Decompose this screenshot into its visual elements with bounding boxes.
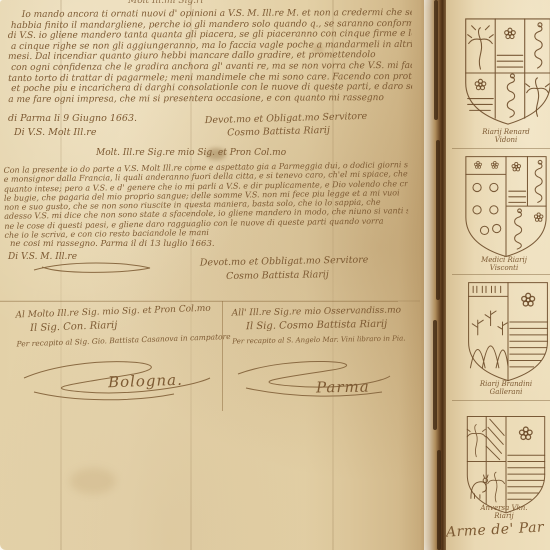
- torn-edge: [434, 0, 438, 120]
- torn-edge: [436, 140, 440, 300]
- mounts-icon: [470, 311, 508, 368]
- tree-icon: [526, 78, 550, 116]
- shield-caption-3: Riarij Brandini Gallerani: [462, 380, 550, 396]
- rose-icon: [519, 427, 532, 439]
- letter-2-signature: Devot.mo et Obbligat.mo Servitore Cosmo …: [200, 255, 369, 283]
- letter-1-dateline: di Parma li 9 Giugno 1663.: [8, 113, 137, 124]
- address-block-bologna: Al Molto Ill.re Sig. mio Sig. et Pron Co…: [15, 304, 216, 349]
- panel-rule: [452, 400, 550, 401]
- bend-icon: [486, 419, 504, 460]
- letter-1-valediction: Di V.S. Molt Ill.re: [14, 127, 96, 138]
- barry-icon: [497, 55, 523, 67]
- city-parma: Parma: [316, 378, 370, 397]
- coat-of-arms-1: [458, 14, 550, 132]
- rose-icon: [491, 161, 498, 168]
- letter-line: a me fare ogni impresa, che mi si presen…: [8, 93, 412, 106]
- rose-icon: [475, 79, 486, 89]
- top-line-fragment: Molt Ill.mi Sig.ri: [128, 0, 203, 6]
- city-bologna: Bologna.: [108, 371, 183, 392]
- rose-icon: [512, 162, 521, 170]
- shield-caption-1: Riarij Renard Vidoni: [462, 128, 550, 144]
- manuscript-photo: Molt Ill.mi Sig.ri Io mando ancora ti or…: [0, 0, 550, 550]
- rose-icon: [474, 161, 481, 168]
- shield-caption-2: Medici Riarij Visconti: [460, 256, 548, 272]
- torn-edge: [433, 320, 437, 430]
- panel-rule: [452, 148, 550, 149]
- letter-2-heading: Molt. Ill.re Sig.re mio Sig. et Pron Col…: [96, 148, 286, 158]
- address-line: All' Ill.re Sig.re mio Osservandiss.mo: [232, 306, 400, 319]
- tree-icon: [468, 26, 494, 69]
- rose-icon: [522, 293, 535, 306]
- rose-icon: [534, 213, 543, 221]
- barry-icon: [509, 191, 526, 202]
- letter-1-signature: Devot.mo et Obligat.mo Servitore Cosmo B…: [205, 111, 368, 139]
- coat-of-arms-2: [456, 152, 550, 264]
- tree-icon: [467, 425, 485, 457]
- barry-icon: [468, 99, 494, 111]
- letter-2-body: Con la presente io do parte a V.S. Molt …: [4, 160, 409, 240]
- pen-flourish: [232, 352, 397, 404]
- roundel-icon: [473, 183, 501, 234]
- tree-icon: [488, 472, 505, 502]
- letter-2-closing: ne cosi mi rassegno. Parma il di 13 lugl…: [10, 239, 215, 249]
- pen-flourish: [30, 258, 160, 278]
- lettered-chief-icon: [473, 286, 501, 292]
- panel-rule: [452, 274, 550, 275]
- address-line: Il Sig. Con. Riarij: [30, 317, 216, 334]
- ink-stain: [70, 468, 116, 494]
- torn-edge: [437, 450, 441, 550]
- serpent-icon: [515, 209, 522, 249]
- shield-caption-4: Anversa Vkn. Riarij: [460, 504, 548, 520]
- lion-icon: [471, 475, 488, 498]
- address-divider-horizontal: [0, 301, 398, 302]
- serpent-icon: [507, 74, 514, 117]
- signature-line: Devot.mo et Obbligat.mo Servitore: [200, 255, 369, 269]
- coat-of-arms-3: [458, 278, 550, 388]
- letter-1-body: Io mando ancora ti ornati nuovi d' opini…: [8, 8, 412, 105]
- address-block-parma: All' Ill.re Sig.re mio Osservandiss.mo I…: [232, 306, 401, 346]
- rose-icon: [505, 28, 516, 38]
- serpent-icon: [535, 23, 542, 68]
- address-line: Il Sig. Cosmo Battista Riarij: [246, 319, 400, 333]
- serpent-icon: [535, 160, 542, 202]
